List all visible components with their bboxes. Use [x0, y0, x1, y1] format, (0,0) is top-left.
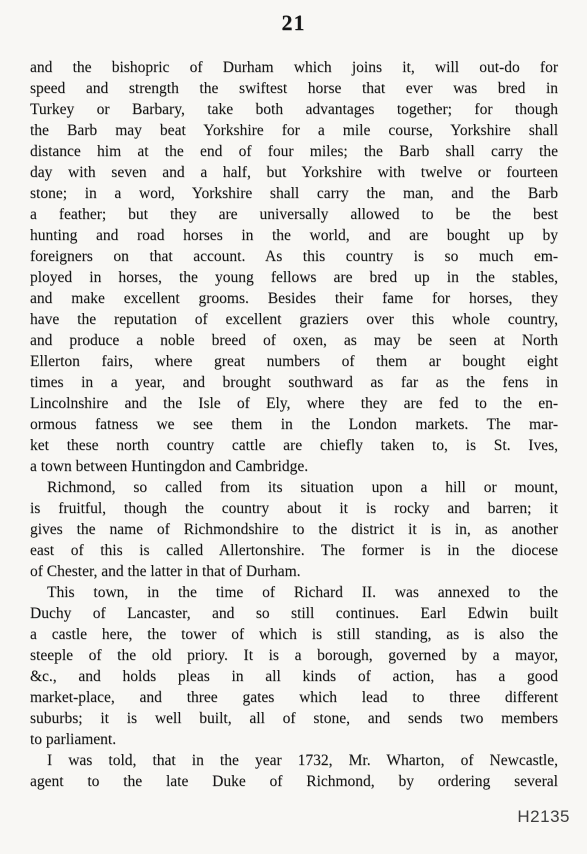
text-line: a feather; but they are universally allo… — [30, 204, 558, 225]
text-line: and the bishopric of Durham which joins … — [30, 57, 558, 78]
text-line: hunting and road horses in the world, an… — [30, 225, 558, 246]
text-line: steeple of the old priory. It is a borou… — [30, 645, 558, 666]
text-line: This town, in the time of Richard II. wa… — [30, 582, 558, 603]
text-line: to parliament. — [30, 729, 558, 750]
text-line: Duchy of Lancaster, and so still continu… — [30, 603, 558, 624]
text-line: times in a year, and brought southward a… — [30, 372, 558, 393]
text-line: a town between Huntingdon and Cambridge. — [30, 456, 558, 477]
text-line: stone; in a word, Yorkshire shall carry … — [30, 183, 558, 204]
text-line: suburbs; it is well built, all of stone,… — [30, 708, 558, 729]
book-page: 21 and the bishopric of Durham which joi… — [0, 0, 587, 854]
text-line: and make excellent grooms. Besides their… — [30, 288, 558, 309]
body-text: and the bishopric of Durham which joins … — [30, 57, 558, 792]
page-number: 21 — [0, 10, 587, 36]
text-line: Turkey or Barbary, take both advantages … — [30, 99, 558, 120]
text-line: market-place, and three gates which lead… — [30, 687, 558, 708]
text-line: gives the name of Richmondshire to the d… — [30, 519, 558, 540]
text-line: ket these north country cattle are chief… — [30, 435, 558, 456]
text-line: ormous fatness we see them in the London… — [30, 414, 558, 435]
text-line: &c., and holds pleas in all kinds of act… — [30, 666, 558, 687]
catalog-stamp: H2135 — [517, 807, 570, 827]
text-line: ployed in horses, the young fellows are … — [30, 267, 558, 288]
text-line: distance him at the end of four miles; t… — [30, 141, 558, 162]
text-line: agent to the late Duke of Richmond, by o… — [30, 771, 558, 792]
text-line: a castle here, the tower of which is sti… — [30, 624, 558, 645]
text-line: Lincolnshire and the Isle of Ely, where … — [30, 393, 558, 414]
text-line: speed and strength the swiftest horse th… — [30, 78, 558, 99]
text-line: foreigners on that account. As this coun… — [30, 246, 558, 267]
text-line: I was told, that in the year 1732, Mr. W… — [30, 750, 558, 771]
text-line: day with seven and a half, but Yorkshire… — [30, 162, 558, 183]
text-line: east of this is called Allertonshire. Th… — [30, 540, 558, 561]
text-line: and produce a noble breed of oxen, as ma… — [30, 330, 558, 351]
text-line: the Barb may beat Yorkshire for a mile c… — [30, 120, 558, 141]
text-line: is fruitful, though the country about it… — [30, 498, 558, 519]
text-line: of Chester, and the latter in that of Du… — [30, 561, 558, 582]
text-line: have the reputation of excellent grazier… — [30, 309, 558, 330]
text-line: Ellerton fairs, where great numbers of t… — [30, 351, 558, 372]
text-line: Richmond, so called from its situation u… — [30, 477, 558, 498]
